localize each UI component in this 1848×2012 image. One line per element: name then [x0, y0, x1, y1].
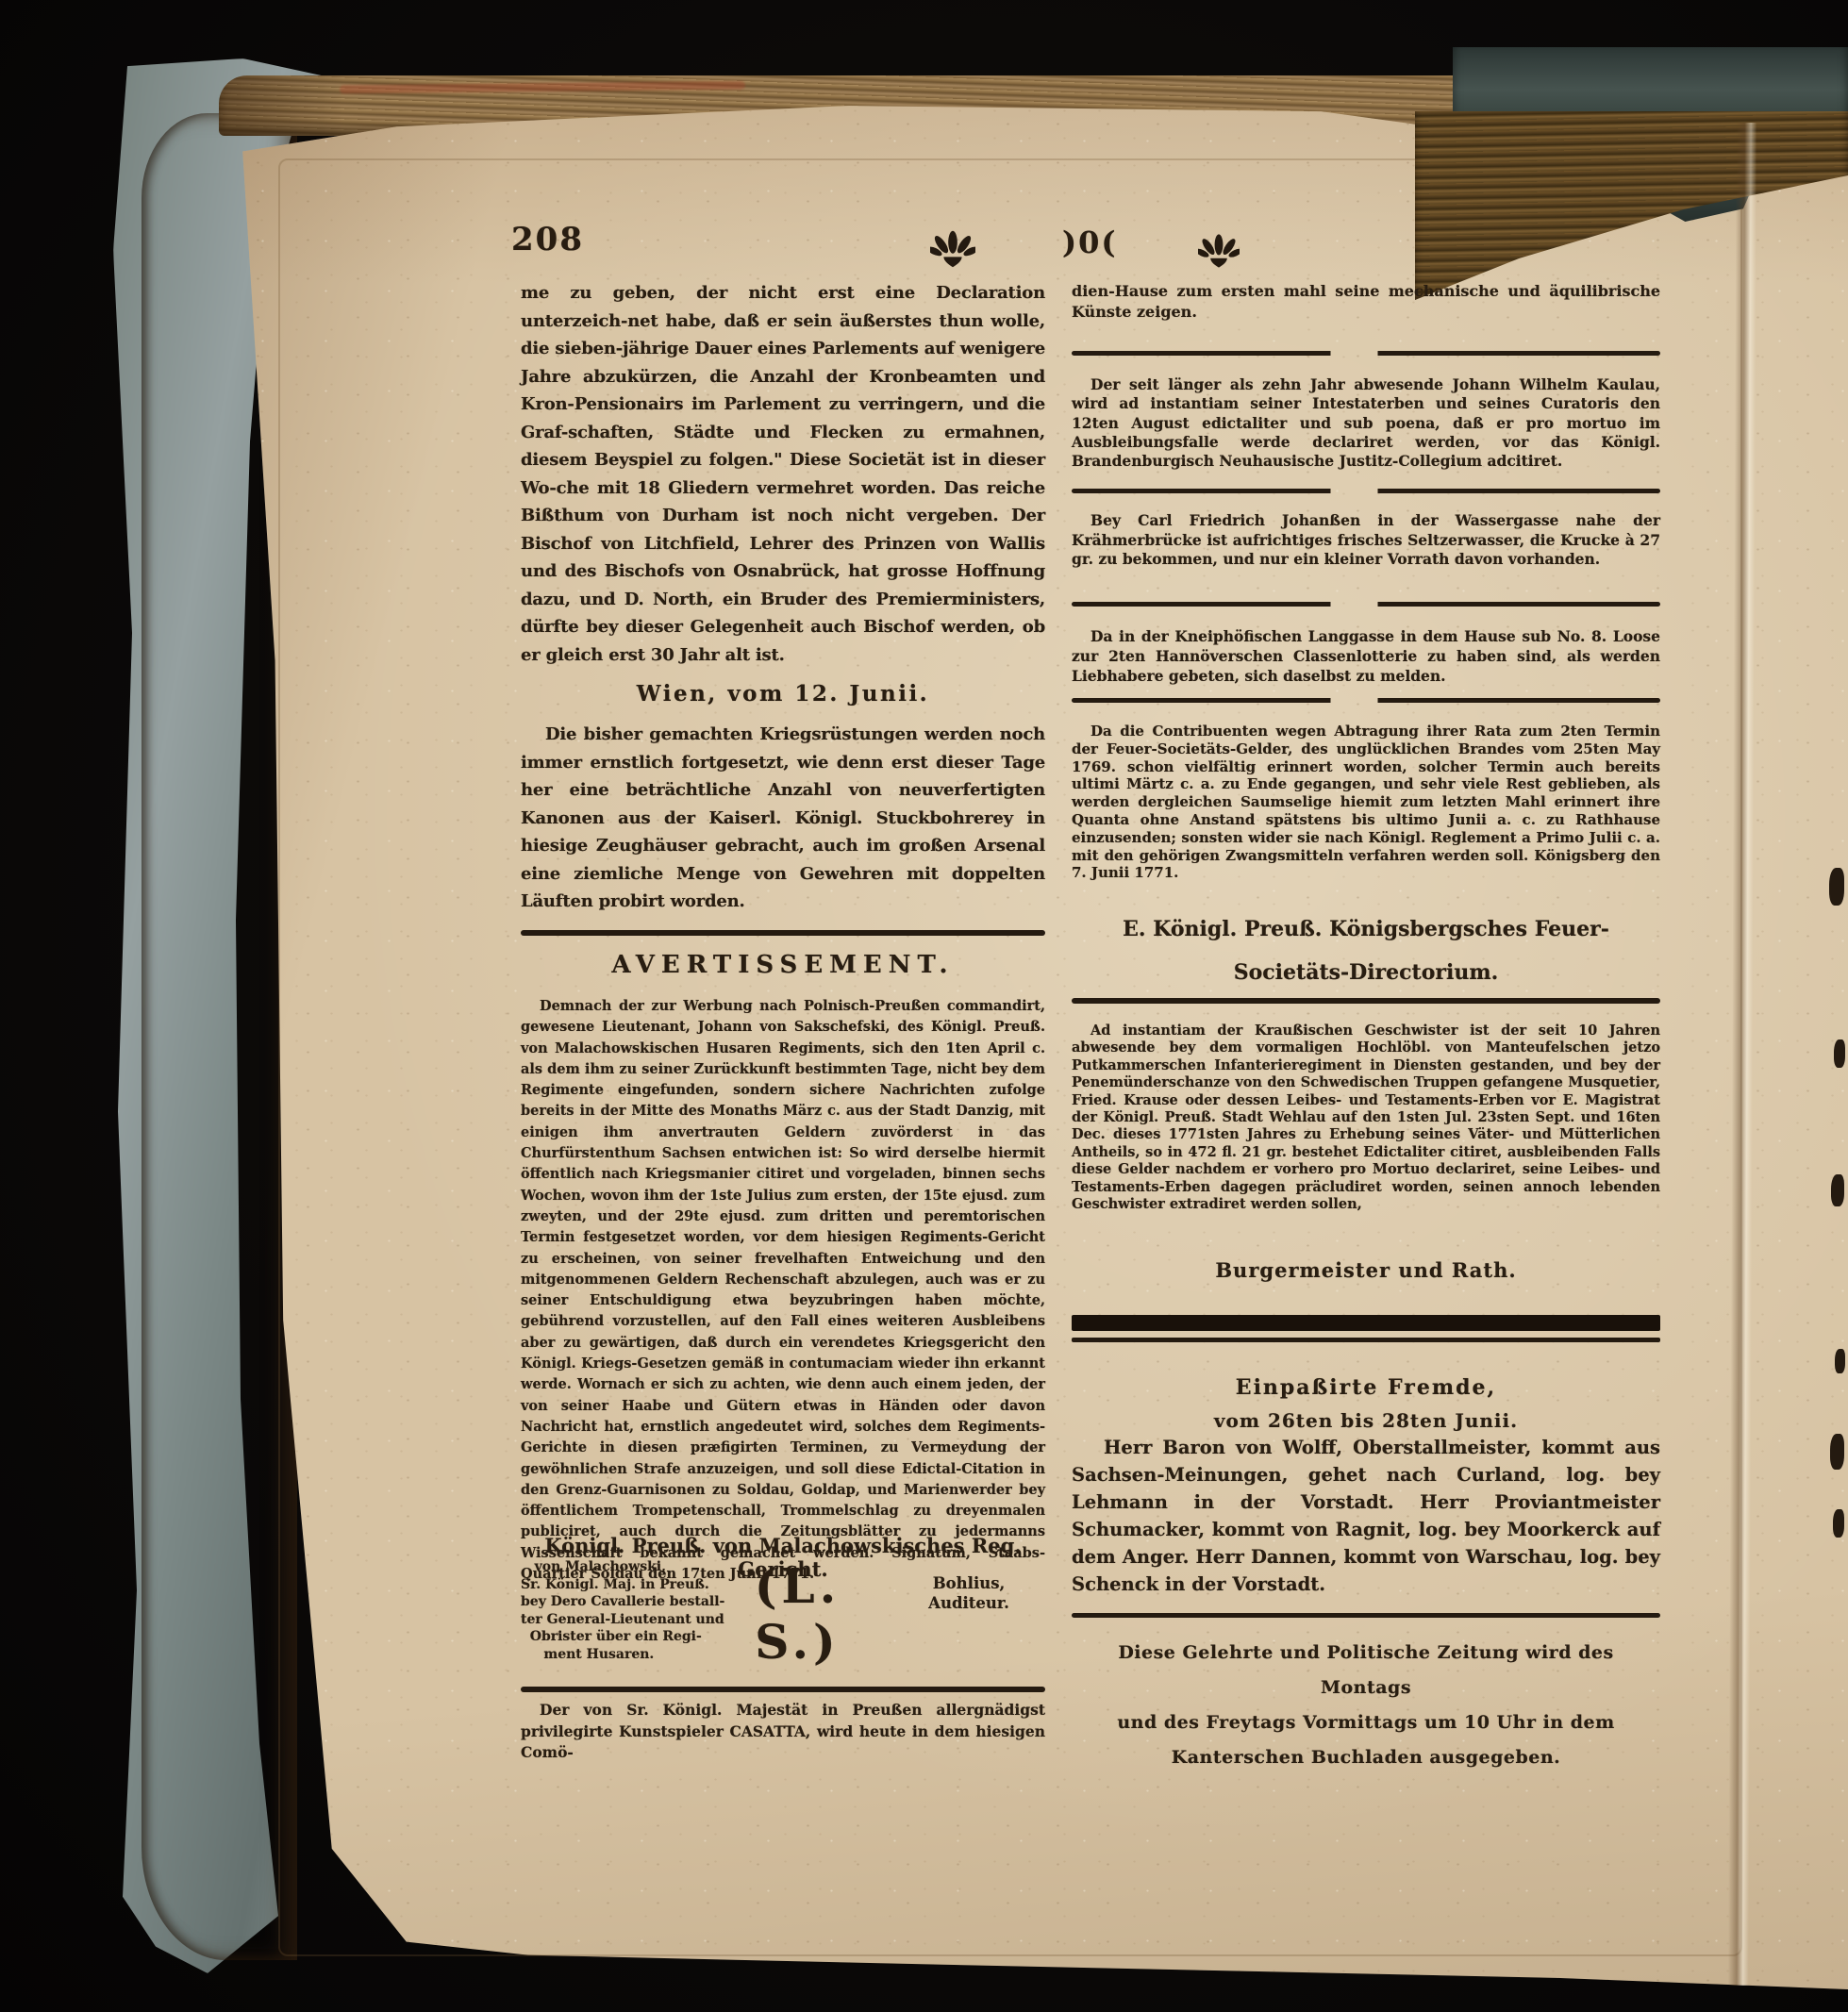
- edge-text-fragment: [1829, 868, 1844, 906]
- edge-text-fragment: [1833, 1509, 1844, 1538]
- article-london-continuation: me zu geben, der nicht erst eine Declara…: [521, 279, 1045, 669]
- edge-text-fragment: [1834, 1039, 1845, 1068]
- shell-fleuron-icon: [930, 228, 975, 274]
- section-rule: [521, 1687, 1045, 1692]
- heavy-divider-bar: [1072, 1315, 1660, 1331]
- fremde-arrivals: Herr Baron von Wolff, Oberstallmeister, …: [1072, 1434, 1660, 1598]
- edge-text-fragment: [1831, 1174, 1844, 1206]
- section-rule: [521, 930, 1045, 936]
- ad-krause: Ad instantiam der Kraußischen Geschwiste…: [1072, 1023, 1660, 1213]
- edge-text-fragment: [1835, 1349, 1845, 1373]
- ad-feuersocietaet: Da die Contribuenten wegen Abtragung ihr…: [1072, 723, 1660, 882]
- heavy-divider-line: [1072, 1338, 1660, 1342]
- signature-right-block: Bohlius, Auditeur.: [898, 1573, 1040, 1613]
- avertissement-body: Demnach der zur Werbung nach Polnisch-Pr…: [521, 996, 1045, 1585]
- ad-rule: [1072, 602, 1660, 607]
- feuer-societaets-heading: E. Königl. Preuß. Königsbergsches Feuer-…: [1072, 907, 1660, 994]
- article-wien: Die bisher gemachten Kriegsrüstungen wer…: [521, 721, 1045, 916]
- ad-rule: [1072, 698, 1660, 703]
- ad-kaulau: Der seit länger als zehn Jahr abwesende …: [1072, 375, 1660, 471]
- page-number: 208: [511, 221, 584, 258]
- fremde-heading: Einpaßirte Fremde,: [1072, 1375, 1660, 1400]
- section-rule: [1072, 1613, 1660, 1618]
- seal-mark: (L. S.): [706, 1558, 890, 1670]
- fremde-subheading: vom 26ten bis 28ten Junii.: [1072, 1409, 1660, 1432]
- section-rule: [1072, 998, 1660, 1004]
- avertissement-heading: AVERTISSEMENT.: [521, 951, 1045, 979]
- edge-text-fragment: [1830, 1434, 1844, 1470]
- rath-signature: Burgermeister und Rath.: [1072, 1258, 1660, 1282]
- ad-rule: [1072, 351, 1660, 356]
- ad-seltzerwasser: Bey Carl Friedrich Johanßen in der Wasse…: [1072, 511, 1660, 570]
- casatta-notice: Der von Sr. Königl. Majestät in Preußen …: [521, 1700, 1045, 1764]
- shell-fleuron-icon: [1198, 232, 1240, 274]
- casatta-continuation: dien-Hause zum ersten mahl seine mechani…: [1072, 281, 1660, 323]
- dateline-heading-wien: Wien, vom 12. Junii.: [521, 681, 1045, 707]
- imprint-notice: Diese Gelehrte und Politische Zeitung wi…: [1072, 1636, 1660, 1775]
- ad-rule: [1072, 489, 1660, 493]
- ad-lotterie: Da in der Kneiphöfischen Langgasse in de…: [1072, 626, 1660, 686]
- signature-mark: )0(: [1062, 224, 1118, 260]
- book-scan-page: 208 )0( me zu geben, der nicht erst eine…: [0, 0, 1848, 2012]
